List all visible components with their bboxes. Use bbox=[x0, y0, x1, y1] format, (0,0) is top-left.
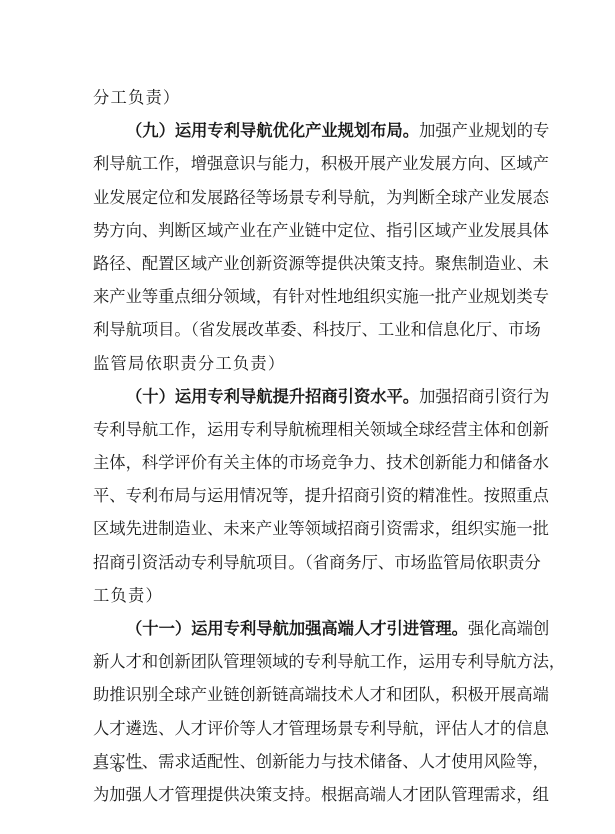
line-text: 人才遴选、人才评价等人才管理场景专利导航，评估人才的信息 bbox=[93, 719, 549, 738]
line-text: 区域先进制造业、未来产业等领域招商引资需求，组织实施一批 bbox=[93, 519, 549, 538]
page-number: — 6 — bbox=[93, 758, 145, 780]
text-line: 利导航工作，增强意识与能力，积极开展产业发展方向、区域产 bbox=[93, 147, 523, 180]
text-line: 新人才和创新团队管理领域的专利导航工作，运用专利导航方法， bbox=[93, 645, 523, 678]
text-line: 真实性、需求适配性、创新能力与技术储备、人才使用风险等， bbox=[93, 745, 523, 778]
line-text: 为加强人才管理提供决策支持。根据高端人才团队管理需求，组 bbox=[93, 785, 549, 804]
text-line: 势方向、判断区域产业在产业链中定位、指引区域产业发展具体 bbox=[93, 214, 523, 247]
line-text: 平、专利布局与运用情况等，提升招商引资的精准性。按照重点 bbox=[93, 486, 549, 505]
text-line: 分工负责） bbox=[93, 81, 523, 114]
line-text: 真实性、需求适配性、创新能力与技术储备、人才使用风险等， bbox=[93, 752, 549, 771]
section-9-heading: （九）运用专利导航优化产业规划布局。 bbox=[126, 121, 419, 140]
line-text: 势方向、判断区域产业在产业链中定位、指引区域产业发展具体 bbox=[93, 221, 549, 240]
line-text: 利导航项目。（省发展改革委、科技厅、工业和信息化厅、市场 bbox=[93, 320, 541, 339]
section-10-heading: （十）运用专利导航提升招商引资水平。 bbox=[126, 387, 419, 406]
section-heading-line: （十）运用专利导航提升招商引资水平。加强招商引资行为 bbox=[93, 380, 523, 413]
text-line: 为加强人才管理提供决策支持。根据高端人才团队管理需求，组 bbox=[93, 778, 523, 811]
text-line: 路径、配置区域产业创新资源等提供决策支持。聚焦制造业、未 bbox=[93, 247, 523, 280]
line-text: 加强招商引资行为 bbox=[419, 387, 549, 406]
text-line: 招商引资活动专利导航项目。（省商务厅、市场监管局依职责分 bbox=[93, 546, 523, 579]
section-heading-line: （十一）运用专利导航加强高端人才引进管理。强化高端创 bbox=[93, 612, 523, 645]
line-text: 新人才和创新团队管理领域的专利导航工作，运用专利导航方法， bbox=[93, 652, 565, 671]
text-line: 区域先进制造业、未来产业等领域招商引资需求，组织实施一批 bbox=[93, 512, 523, 545]
line-text: 招商引资活动专利导航项目。（省商务厅、市场监管局依职责分 bbox=[93, 553, 541, 572]
line-text: 路径、配置区域产业创新资源等提供决策支持。聚焦制造业、未 bbox=[93, 254, 549, 273]
text-line: 专利导航工作，运用专利导航梳理相关领域全球经营主体和创新 bbox=[93, 413, 523, 446]
section-heading-line: （九）运用专利导航优化产业规划布局。加强产业规划的专 bbox=[93, 114, 523, 147]
line-text: 专利导航工作，运用专利导航梳理相关领域全球经营主体和创新 bbox=[93, 420, 549, 439]
line-text: 分工负责） bbox=[93, 88, 180, 107]
text-line: 来产业等重点细分领域，有针对性地组织实施一批产业规划类专 bbox=[93, 280, 523, 313]
text-line: 利导航项目。（省发展改革委、科技厅、工业和信息化厅、市场 bbox=[93, 313, 523, 346]
line-text: 工负责） bbox=[93, 586, 163, 605]
section-11-heading: （十一）运用专利导航加强高端人才引进管理。 bbox=[126, 619, 468, 638]
text-line: 工负责） bbox=[93, 579, 523, 612]
line-text: 助推识别全球产业链创新链高端技术人才和团队，积极开展高端 bbox=[93, 685, 549, 704]
line-text: 监管局依职责分工负责） bbox=[93, 354, 285, 373]
line-text: 来产业等重点细分领域，有针对性地组织实施一批产业规划类专 bbox=[93, 287, 549, 306]
body-text: 分工负责） （九）运用专利导航优化产业规划布局。加强产业规划的专 利导航工作，增… bbox=[93, 81, 523, 811]
text-line: 业发展定位和发展路径等场景专利导航，为判断全球产业发展态 bbox=[93, 181, 523, 214]
line-text: 强化高端创 bbox=[468, 619, 549, 638]
line-text: 主体，科学评价有关主体的市场竞争力、技术创新能力和储备水 bbox=[93, 453, 549, 472]
text-line: 平、专利布局与运用情况等，提升招商引资的精准性。按照重点 bbox=[93, 479, 523, 512]
text-line: 助推识别全球产业链创新链高端技术人才和团队，积极开展高端 bbox=[93, 678, 523, 711]
line-text: 业发展定位和发展路径等场景专利导航，为判断全球产业发展态 bbox=[93, 188, 549, 207]
line-text: 利导航工作，增强意识与能力，积极开展产业发展方向、区域产 bbox=[93, 154, 549, 173]
line-text: 加强产业规划的专 bbox=[419, 121, 549, 140]
text-line: 人才遴选、人才评价等人才管理场景专利导航，评估人才的信息 bbox=[93, 712, 523, 745]
text-line: 监管局依职责分工负责） bbox=[93, 347, 523, 380]
document-page: 分工负责） （九）运用专利导航优化产业规划布局。加强产业规划的专 利导航工作，增… bbox=[0, 0, 615, 834]
text-line: 主体，科学评价有关主体的市场竞争力、技术创新能力和储备水 bbox=[93, 446, 523, 479]
